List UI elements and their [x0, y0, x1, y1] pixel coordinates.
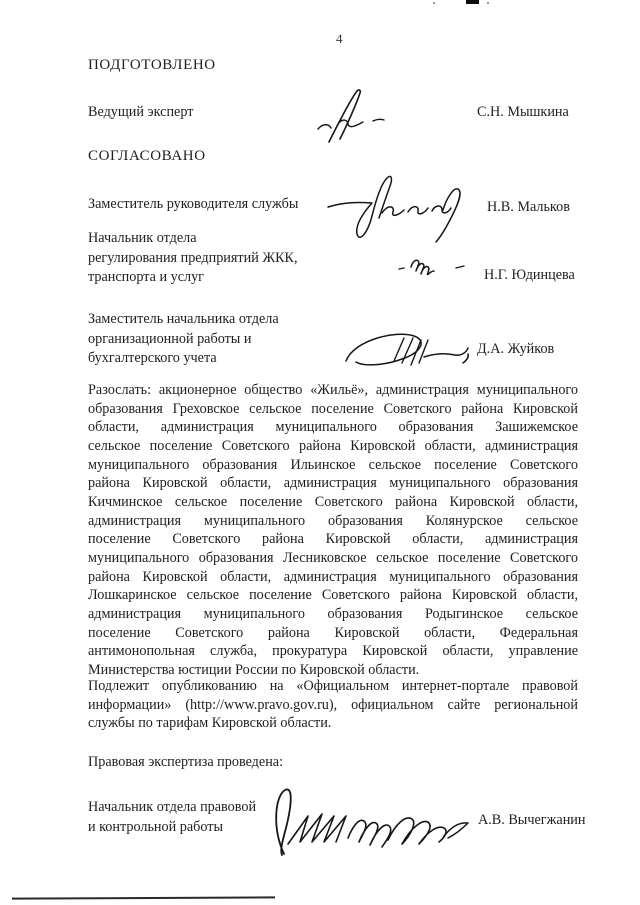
signoff-role-line: транспорта и услуг	[88, 268, 368, 288]
scan-artifact	[466, 0, 479, 4]
paragraph-line: поселение Советского района Кировской об…	[88, 624, 578, 643]
paragraph-line: сельское поселение Советского района Кир…	[88, 437, 578, 456]
page-number: 4	[336, 31, 343, 47]
paragraph-line: администрация муниципального образования…	[88, 512, 578, 531]
signoff-role-line: организационной работы и	[88, 330, 368, 350]
signoff-name: Н.Г. Юдинцева	[484, 267, 575, 284]
footnote-divider	[12, 896, 275, 899]
scan-artifact-dot	[487, 2, 489, 4]
paragraph-line: района Кировской области, администрация …	[88, 474, 578, 493]
signoff-name: Д.А. Жуйков	[477, 341, 554, 358]
paragraph-line: администрация муниципального образования…	[88, 605, 578, 624]
signoff-role-line: Начальник отдела	[88, 229, 368, 249]
paragraph-line: муниципального образования Ильинское сел…	[88, 456, 578, 475]
signoff-role-line: регулирования предприятий ЖКК,	[88, 249, 368, 269]
signoff-role-line: Заместитель начальника отдела	[88, 310, 368, 330]
distribution-paragraph: Разослать: акционерное общество «Жильё»,…	[88, 381, 578, 680]
signoff-name: Н.В. Мальков	[487, 199, 570, 216]
paragraph-line: области, администрация муниципального об…	[88, 418, 578, 437]
signoff-name: А.В. Вычегжанин	[478, 812, 585, 829]
scan-artifact-dot	[433, 2, 435, 4]
paragraph-line: антимонопольная служба, прокуратура Киро…	[88, 642, 578, 661]
signoff-role: Заместитель начальника отдела организаци…	[88, 310, 368, 369]
paragraph-line: Кичминское сельское поселение Советского…	[88, 493, 578, 512]
signoff-role-line: бухгалтерского учета	[88, 349, 368, 369]
paragraph-line: службы по тарифам Кировской области.	[88, 714, 578, 733]
signoff-role: Заместитель руководителя службы	[88, 195, 298, 215]
signoff-name: С.Н. Мышкина	[477, 104, 569, 121]
signoff-role: Ведущий эксперт	[88, 103, 193, 123]
expertise-note: Правовая экспертиза проведена:	[88, 753, 283, 773]
signoff-role: Начальник отдела регулирования предприят…	[88, 229, 368, 288]
paragraph-line: муниципального образования Лесниковское …	[88, 549, 578, 568]
agreed-heading: СОГЛАСОВАНО	[88, 148, 206, 165]
paragraph-line: поселение Советского района Кировской об…	[88, 530, 578, 549]
paragraph-line: района Кировской области, администрация …	[88, 568, 578, 587]
vychegzhanin-signature	[262, 786, 474, 858]
paragraph-line: образования Греховское сельское поселени…	[88, 400, 578, 419]
paragraph-line: информации» (http://www.pravo.gov.ru), о…	[88, 696, 578, 715]
document-page: 4 ПОДГОТОВЛЕНО Ведущий эксперт С.Н. Мышк…	[0, 0, 640, 905]
publication-paragraph: Подлежит опубликованию на «Официальном и…	[88, 677, 578, 733]
prepared-heading: ПОДГОТОВЛЕНО	[88, 57, 216, 74]
myshkina-signature	[312, 86, 396, 144]
yudintseva-signature	[396, 255, 470, 275]
paragraph-line: Лошкаринское сельское поселение Советско…	[88, 586, 578, 605]
zhuykov-signature	[338, 326, 480, 374]
paragraph-line: Подлежит опубликованию на «Официальном и…	[88, 677, 578, 696]
paragraph-line: Разослать: акционерное общество «Жильё»,…	[88, 381, 578, 400]
